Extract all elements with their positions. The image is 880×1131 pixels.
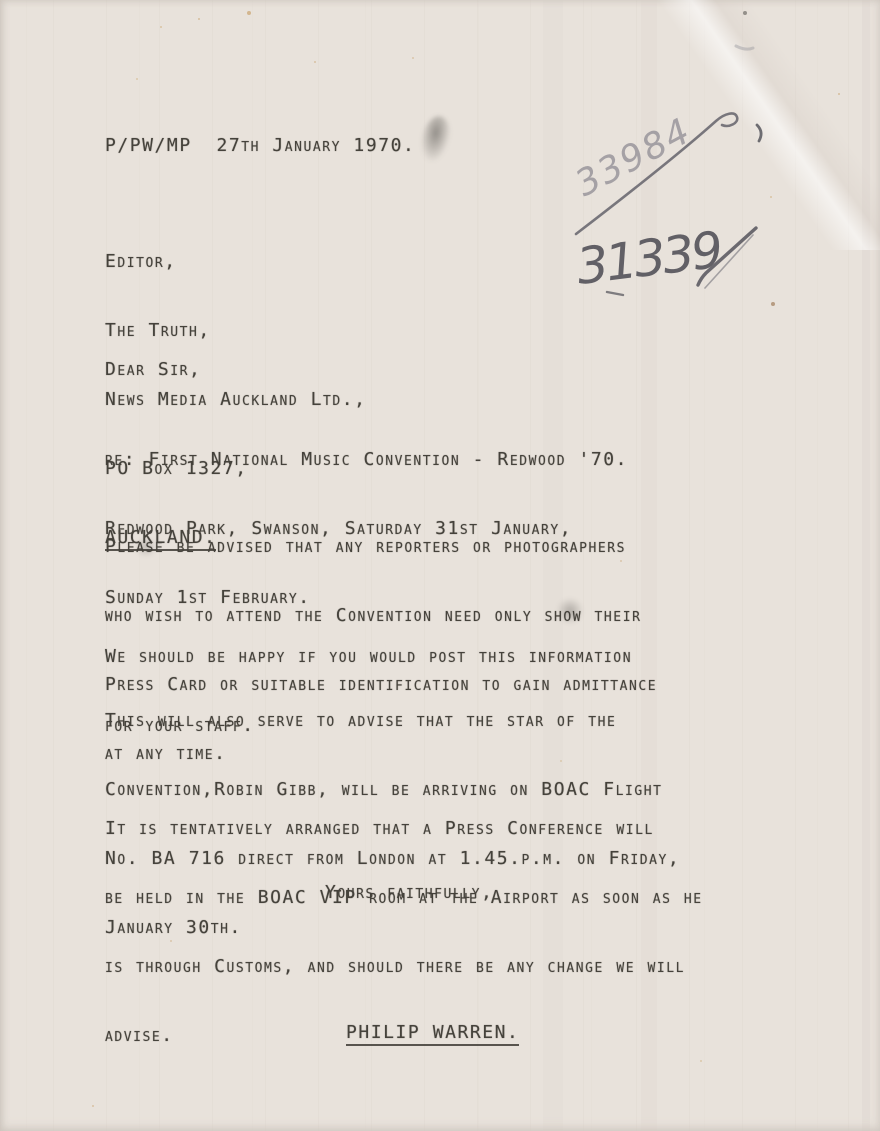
underlined-signature: PHILIP WARREN. [346,1022,519,1046]
signature-name: PHILIP WARREN. [346,1021,519,1044]
paper-crease [570,0,880,250]
body-line: Please be advised that any reporters or … [105,535,657,558]
address-line: The Truth, [105,319,367,342]
body-line: It is tentatively arranged that a Press … [105,817,703,840]
body-line: This will also serve to advise that the … [105,709,680,732]
address-line: Editor, [105,250,367,273]
body-line: is through Customs, and should there be … [105,955,703,978]
paper-speckles [0,0,2,2]
ink-smudge [556,598,584,624]
salutation: Dear Sir, [105,358,201,381]
ink-smudge [134,538,158,556]
subject-line: re: First National Music Convention - Re… [105,448,628,471]
letter-page: P/PW/MP 27th January 1970. Editor, The T… [0,0,880,1131]
closing-valediction: Yours faithfully, [325,881,493,904]
reference-date-line: P/PW/MP 27th January 1970. [105,134,415,157]
